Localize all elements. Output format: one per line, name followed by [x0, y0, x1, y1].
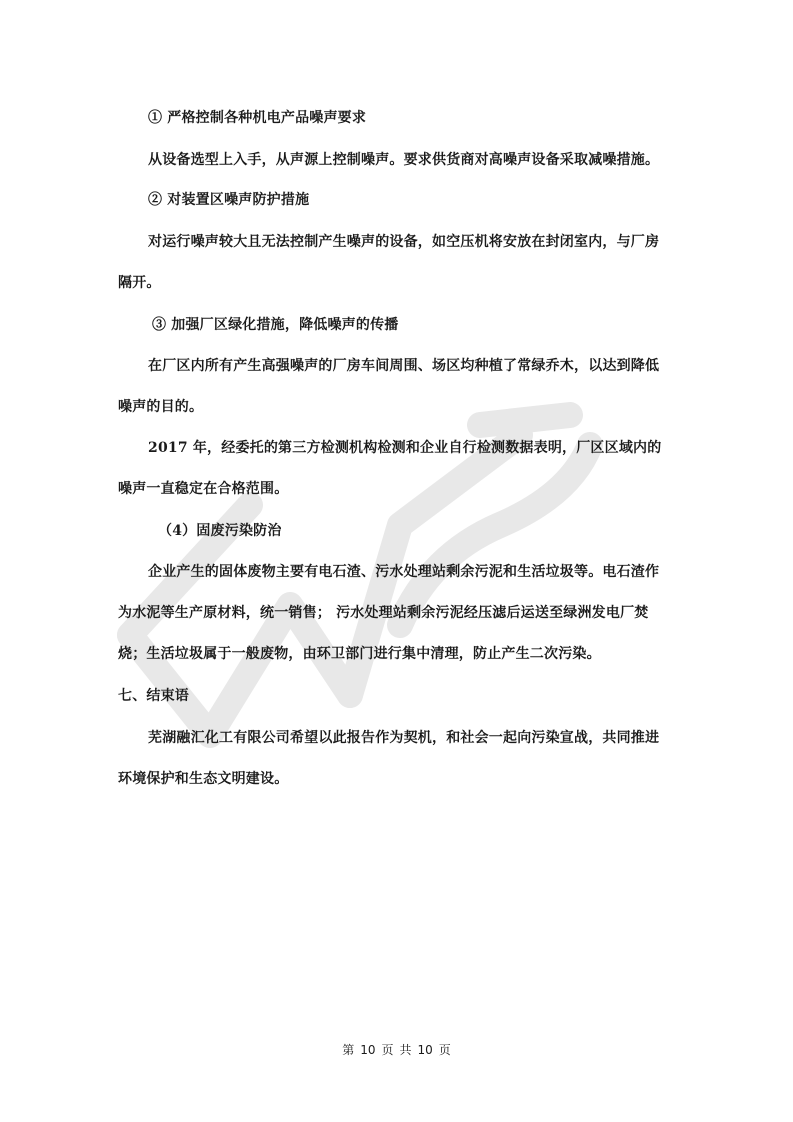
footer-suffix: 页 — [439, 1043, 451, 1057]
subheading-solid-waste: （4）固废污染防治 — [158, 521, 282, 541]
page-footer: 第10页共10页 — [0, 1042, 793, 1058]
footer-prefix: 第 — [342, 1043, 354, 1057]
footer-current-page: 10 — [360, 1043, 375, 1057]
footer-total-word: 共 — [400, 1043, 412, 1057]
subheading-device-area-protection: ② 对装置区噪声防护措施 — [148, 190, 309, 210]
paragraph-enclosure-line-1: 对运行噪声较大且无法控制产生噪声的设备，如空压机将安放在封闭室内，与厂房 — [148, 232, 659, 252]
paragraph-enclosure-line-2: 隔开。 — [118, 273, 161, 293]
subheading-greening-measures: ③ 加强厂区绿化措施，降低噪声的传播 — [152, 315, 398, 335]
paragraph-monitoring-line-1: 2017 年，经委托的第三方检测机构检测和企业自行检测数据表明，厂区区域内的 — [148, 438, 661, 458]
paragraph-solid-waste-line-3: 烧；生活垃圾属于一般废物，由环卫部门进行集中清理，防止产生二次污染。 — [118, 644, 601, 664]
footer-total-pages: 10 — [418, 1043, 433, 1057]
paragraph-greening-line-2: 噪声的目的。 — [118, 397, 203, 417]
heading-conclusion: 七、结束语 — [118, 686, 189, 706]
paragraph-monitoring-line-2: 噪声一直稳定在合格范围。 — [118, 479, 288, 499]
document-page: ① 严格控制各种机电产品噪声要求 从设备选型上入手，从声源上控制噪声。要求供货商… — [0, 0, 793, 1122]
paragraph-greening-line-1: 在厂区内所有产生高强噪声的厂房车间周围、场区均种植了常绿乔木，以达到降低 — [148, 356, 659, 376]
paragraph-conclusion-line-1: 芜湖融汇化工有限公司希望以此报告作为契机，和社会一起向污染宣战，共同推进 — [148, 728, 659, 748]
paragraph-solid-waste-line-2: 为水泥等生产原材料，统一销售； 污水处理站剩余污泥经压滤后运送至绿洲发电厂焚 — [118, 603, 648, 623]
subheading-noise-control-requirements: ① 严格控制各种机电产品噪声要求 — [148, 108, 366, 128]
footer-page-word: 页 — [381, 1043, 393, 1057]
paragraph-conclusion-line-2: 环境保护和生态文明建设。 — [118, 769, 288, 789]
paragraph-solid-waste-line-1: 企业产生的固体废物主要有电石渣、污水处理站剩余污泥和生活垃圾等。电石渣作 — [148, 562, 659, 582]
paragraph-equipment-selection: 从设备选型上入手，从声源上控制噪声。要求供货商对高噪声设备采取减噪措施。 — [148, 150, 659, 170]
